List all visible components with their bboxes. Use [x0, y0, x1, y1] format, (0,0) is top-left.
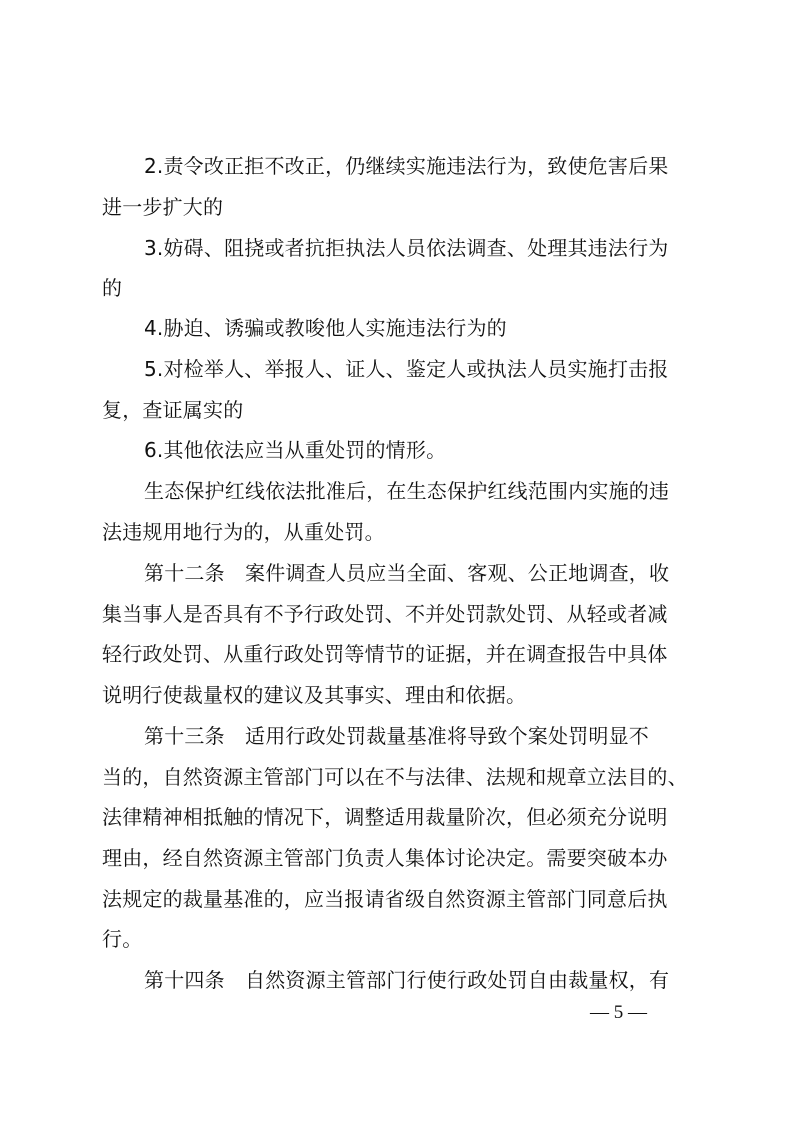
text-line: 第十二条 案件调查人员应当全面、客观、公正地调查，收	[144, 553, 669, 593]
text-line: 第十三条 适用行政处罚裁量基准将导致个案处罚明显不	[144, 716, 649, 756]
text-line: 法律精神相抵触的情况下，调整适用裁量阶次，但必须充分说明	[102, 797, 668, 837]
text-line: 法规定的裁量基准的，应当报请省级自然资源主管部门同意后执	[102, 879, 668, 919]
text-line: 3.妨碍、阻挠或者抗拒执法人员依法调查、处理其违法行为	[144, 228, 668, 268]
text-line: 当的，自然资源主管部门可以在不与法律、法规和规章立法目的、	[102, 757, 688, 797]
text-line: 复，查证属实的	[102, 390, 243, 430]
text-line: 理由，经自然资源主管部门负责人集体讨论决定。需要突破本办	[102, 838, 668, 878]
page-number: — 5 —	[590, 1002, 647, 1024]
text-line: 6.其他依法应当从重处罚的情形。	[144, 430, 446, 470]
text-line: 进一步扩大的	[102, 187, 223, 227]
text-line: 2.责令改正拒不改正，仍继续实施违法行为，致使危害后果	[144, 146, 668, 186]
text-line: 4.胁迫、诱骗或教唆他人实施违法行为的	[144, 308, 507, 348]
text-line: 生态保护红线依法批准后，在生态保护红线范围内实施的违	[144, 471, 669, 511]
text-line: 的	[102, 268, 122, 308]
text-line: 行。	[102, 919, 142, 959]
text-line: 集当事人是否具有不予行政处罚、不并处罚款处罚、从轻或者减	[102, 594, 668, 634]
text-line: 5.对检举人、举报人、证人、鉴定人或执法人员实施打击报	[144, 349, 668, 389]
text-line: 说明行使裁量权的建议及其事实、理由和依据。	[102, 675, 526, 715]
document-page: 2.责令改正拒不改正，仍继续实施违法行为，致使危害后果 进一步扩大的 3.妨碍、…	[0, 0, 793, 1122]
text-line: 法违规用地行为的，从重处罚。	[102, 512, 385, 552]
text-line: 轻行政处罚、从重行政处罚等情节的证据，并在调查报告中具体	[102, 634, 668, 674]
text-line: 第十四条 自然资源主管部门行使行政处罚自由裁量权，有	[144, 960, 669, 1000]
